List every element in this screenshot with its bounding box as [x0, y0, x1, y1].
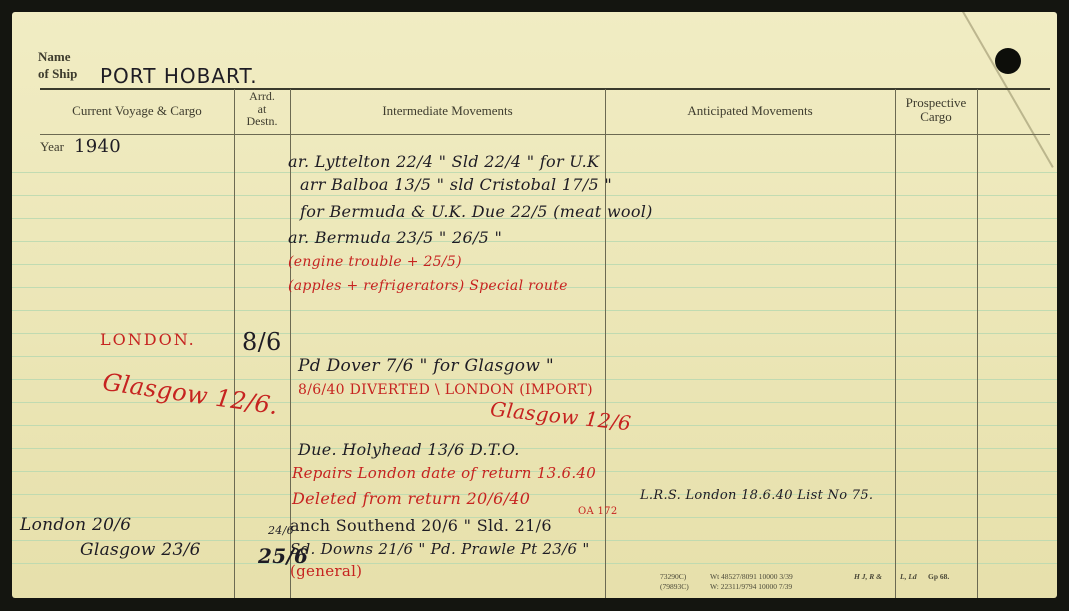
- header-arrived: Arrd. at Destn.: [234, 90, 290, 128]
- name-label-line1: Name: [38, 50, 77, 64]
- movement-entry: (apples + refrigerators) Special route: [288, 278, 568, 294]
- movement-entry: L.R.S. London 18.6.40 List No 75.: [640, 488, 873, 503]
- movement-entry: anch Southend 20/6 " Sld. 21/6: [290, 516, 552, 535]
- header-top-rule: [40, 88, 1050, 90]
- name-label: Name of Ship: [38, 50, 77, 80]
- ship-name: PORT HOBART.: [100, 64, 258, 88]
- movement-entry: Deleted from return 20/6/40: [292, 489, 530, 508]
- column-divider: [895, 89, 896, 598]
- footer-wt-2: W: 22311/9794 10000 7/39: [710, 582, 792, 591]
- footer-printer: H J, R &: [854, 572, 882, 581]
- movement-entry: arr Balboa 13/5 " sld Cristobal 17/5 ": [300, 175, 612, 194]
- movement-entry: ar. Lyttelton 22/4 " Sld 22/4 " for U.K: [288, 152, 599, 171]
- footer-code-2: (79893C): [660, 582, 689, 591]
- movement-entry: OA 172: [578, 506, 618, 517]
- movement-entry: Sd. Downs 21/6 " Pd. Prawle Pt 23/6 ": [290, 540, 590, 558]
- column-divider: [977, 89, 978, 598]
- movement-entry: (engine trouble + 25/5): [288, 254, 462, 270]
- header-intermediate: Intermediate Movements: [290, 104, 605, 118]
- header-prospective-line2: Cargo: [895, 110, 977, 124]
- arrival-entry: 8/6: [242, 328, 282, 356]
- movement-entry: Due. Holyhead 13/6 D.T.O.: [298, 440, 520, 459]
- footer-wt-1: Wt 48527/8091 10000 3/39: [710, 572, 793, 581]
- movement-entry: for Bermuda & U.K. Due 22/5 (meat wool): [300, 202, 653, 221]
- voyage-entry: Glasgow 23/6: [80, 540, 201, 560]
- column-divider: [234, 89, 235, 598]
- voyage-entry: Glasgow 12/6.: [101, 368, 280, 420]
- voyage-entry: London 20/6: [20, 515, 131, 535]
- footer-group: Gp 68.: [928, 572, 949, 581]
- voyage-entry: LONDON.: [100, 330, 196, 349]
- year-label: Year: [40, 140, 64, 154]
- movement-entry: 8/6/40 DIVERTED \ LONDON (IMPORT): [298, 382, 593, 398]
- movement-entry: Pd Dover 7/6 " for Glasgow ": [298, 356, 554, 376]
- movement-entry: (general): [290, 562, 362, 580]
- column-divider: [605, 89, 606, 598]
- ship-movement-card: Name of Ship PORT HOBART. Current Voyage…: [12, 12, 1057, 598]
- footer-code-1: 73290C): [660, 572, 686, 581]
- header-prospective-line1: Prospective: [895, 96, 977, 110]
- header-bottom-rule: [40, 134, 1050, 135]
- punch-hole: [995, 48, 1021, 74]
- movement-entry: Repairs London date of return 13.6.40: [292, 464, 596, 482]
- footer-printer-2: L, Ld: [900, 572, 917, 581]
- year-value: 1940: [74, 136, 121, 157]
- header-anticipated: Anticipated Movements: [605, 104, 895, 118]
- header-arrived-line3: Destn.: [234, 115, 290, 128]
- header-current-voyage: Current Voyage & Cargo: [40, 104, 234, 118]
- movement-entry: ar. Bermuda 23/5 " 26/5 ": [288, 228, 502, 247]
- name-label-line2: of Ship: [38, 67, 77, 81]
- header-arrived-line1: Arrd.: [234, 90, 290, 103]
- header-prospective: Prospective Cargo: [895, 96, 977, 123]
